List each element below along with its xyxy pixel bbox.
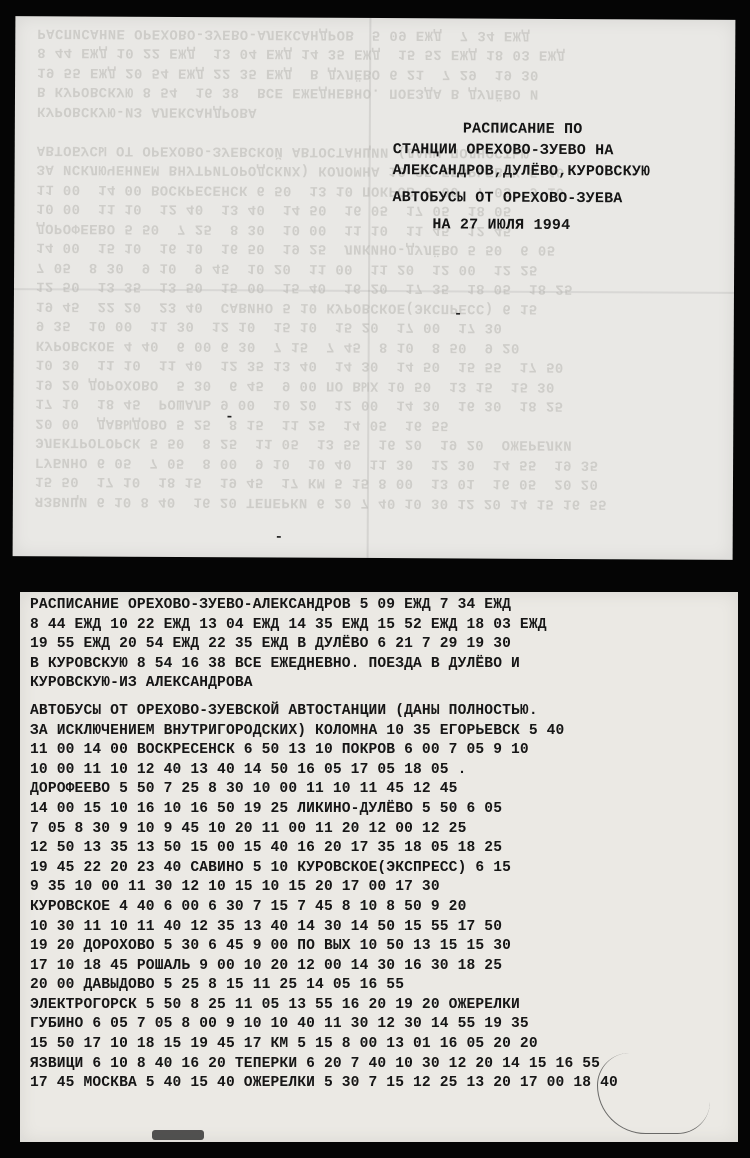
schedule-line: РАСПИСАНИЕ ОРЕХОВО-ЗУЕВО-АЛЕКСАНДРОВ 5 0… xyxy=(30,596,732,616)
schedule-line: 19 45 22 20 23 40 САВИНО 5 10 КУРОВСКОЕ(… xyxy=(30,859,732,879)
title-line: АЛЕКСАНДРОВ,ДУЛЁВО,КУРОВСКУЮ xyxy=(393,160,723,183)
schedule-line: КУРОВСКУЮ-ИЗ АЛЕКСАНДРОВА xyxy=(30,674,732,694)
schedule-line: 12 50 13 35 13 50 15 00 15 40 16 20 17 3… xyxy=(30,839,732,859)
schedule-line: 17 10 18 45 РОШАЛЬ 9 00 10 20 12 00 14 3… xyxy=(30,957,732,977)
schedule-line: 10 00 11 10 12 40 13 40 14 50 16 05 17 0… xyxy=(30,761,732,781)
title-line: АВТОБУСЫ ОТ ОРЕХОВО-ЗУЕВА xyxy=(392,187,722,210)
schedule-line: АВТОБУСЫ ОТ ОРЕХОВО-ЗУЕВСКОЙ АВТОСТАНЦИИ… xyxy=(30,702,732,722)
schedule-line: 8 44 ЕЖД 10 22 ЕЖД 13 04 ЕЖД 14 35 ЕЖД 1… xyxy=(30,616,732,636)
title-line: РАСПИСАНИЕ ПО xyxy=(393,118,723,141)
schedule-line: КУРОВСКОЕ 4 40 6 00 6 30 7 15 7 45 8 10 … xyxy=(30,898,732,918)
bleed-through-text: ЯЗВИЦИ 6 10 8 40 16 20 ТЕПЕРКИ 6 20 7 40… xyxy=(35,22,722,513)
schedule-line: 10 30 11 10 11 40 12 35 13 40 14 30 14 5… xyxy=(30,918,732,938)
dash-mark: - xyxy=(454,306,462,322)
schedule-title-block: РАСПИСАНИЕ ПО СТАНЦИИ ОРЕХОВО-ЗУЕВО НА А… xyxy=(392,118,723,237)
title-line: СТАНЦИИ ОРЕХОВО-ЗУЕВО НА xyxy=(393,139,723,162)
schedule-line: ГУБИНО 6 05 7 05 8 00 9 10 10 40 11 30 1… xyxy=(30,1015,732,1035)
schedule-line: 11 00 14 00 ВОСКРЕСЕНСК 6 50 13 10 ПОКРО… xyxy=(30,741,732,761)
dash-mark: - xyxy=(225,409,233,425)
schedule-line: В КУРОВСКУЮ 8 54 16 38 ВСЕ ЕЖЕДНЕВНО. ПО… xyxy=(30,655,732,675)
schedule-line: 15 50 17 10 18 15 19 45 17 КМ 5 15 8 00 … xyxy=(30,1035,732,1055)
schedule-line: 20 00 ДАВЫДОВО 5 25 8 15 11 25 14 05 16 … xyxy=(30,976,732,996)
schedule-line: ЗА ИСКЛЮЧЕНИЕМ ВНУТРИГОРОДСКИХ) КОЛОМНА … xyxy=(30,722,732,742)
bus-schedule-paragraph: АВТОБУСЫ ОТ ОРЕХОВО-ЗУЕВСКОЙ АВТОСТАНЦИИ… xyxy=(30,702,732,1094)
schedule-line: 19 20 ДОРОХОВО 5 30 6 45 9 00 ПО ВЫХ 10 … xyxy=(30,937,732,957)
ink-blot xyxy=(152,1130,204,1140)
handwritten-bracket xyxy=(597,1053,710,1134)
schedule-line: ЭЛЕКТРОГОРСК 5 50 8 25 11 05 13 55 16 20… xyxy=(30,996,732,1016)
schedule-line: 9 35 10 00 11 30 12 10 15 10 15 20 17 00… xyxy=(30,878,732,898)
schedule-body: РАСПИСАНИЕ ОРЕХОВО-ЗУЕВО-АЛЕКСАНДРОВ 5 0… xyxy=(30,596,732,1094)
bottom-schedule-sheet: РАСПИСАНИЕ ОРЕХОВО-ЗУЕВО-АЛЕКСАНДРОВ 5 0… xyxy=(20,592,738,1142)
schedule-line: 19 55 ЕЖД 20 54 ЕЖД 22 35 ЕЖД В ДУЛЁВО 6… xyxy=(30,635,732,655)
dash-mark: - xyxy=(275,529,283,545)
schedule-line: ДОРОФЕЕВО 5 50 7 25 8 30 10 00 11 10 11 … xyxy=(30,780,732,800)
top-schedule-sheet: ЯЗВИЦИ 6 10 8 40 16 20 ТЕПЕРКИ 6 20 7 40… xyxy=(13,16,736,560)
schedule-line: 7 05 8 30 9 10 9 45 10 20 11 00 11 20 12… xyxy=(30,820,732,840)
train-schedule-paragraph: РАСПИСАНИЕ ОРЕХОВО-ЗУЕВО-АЛЕКСАНДРОВ 5 0… xyxy=(30,596,732,694)
title-line: НА 27 ИЮЛЯ 1994 xyxy=(392,214,722,237)
schedule-line: 14 00 15 10 16 10 16 50 19 25 ЛИКИНО-ДУЛ… xyxy=(30,800,732,820)
